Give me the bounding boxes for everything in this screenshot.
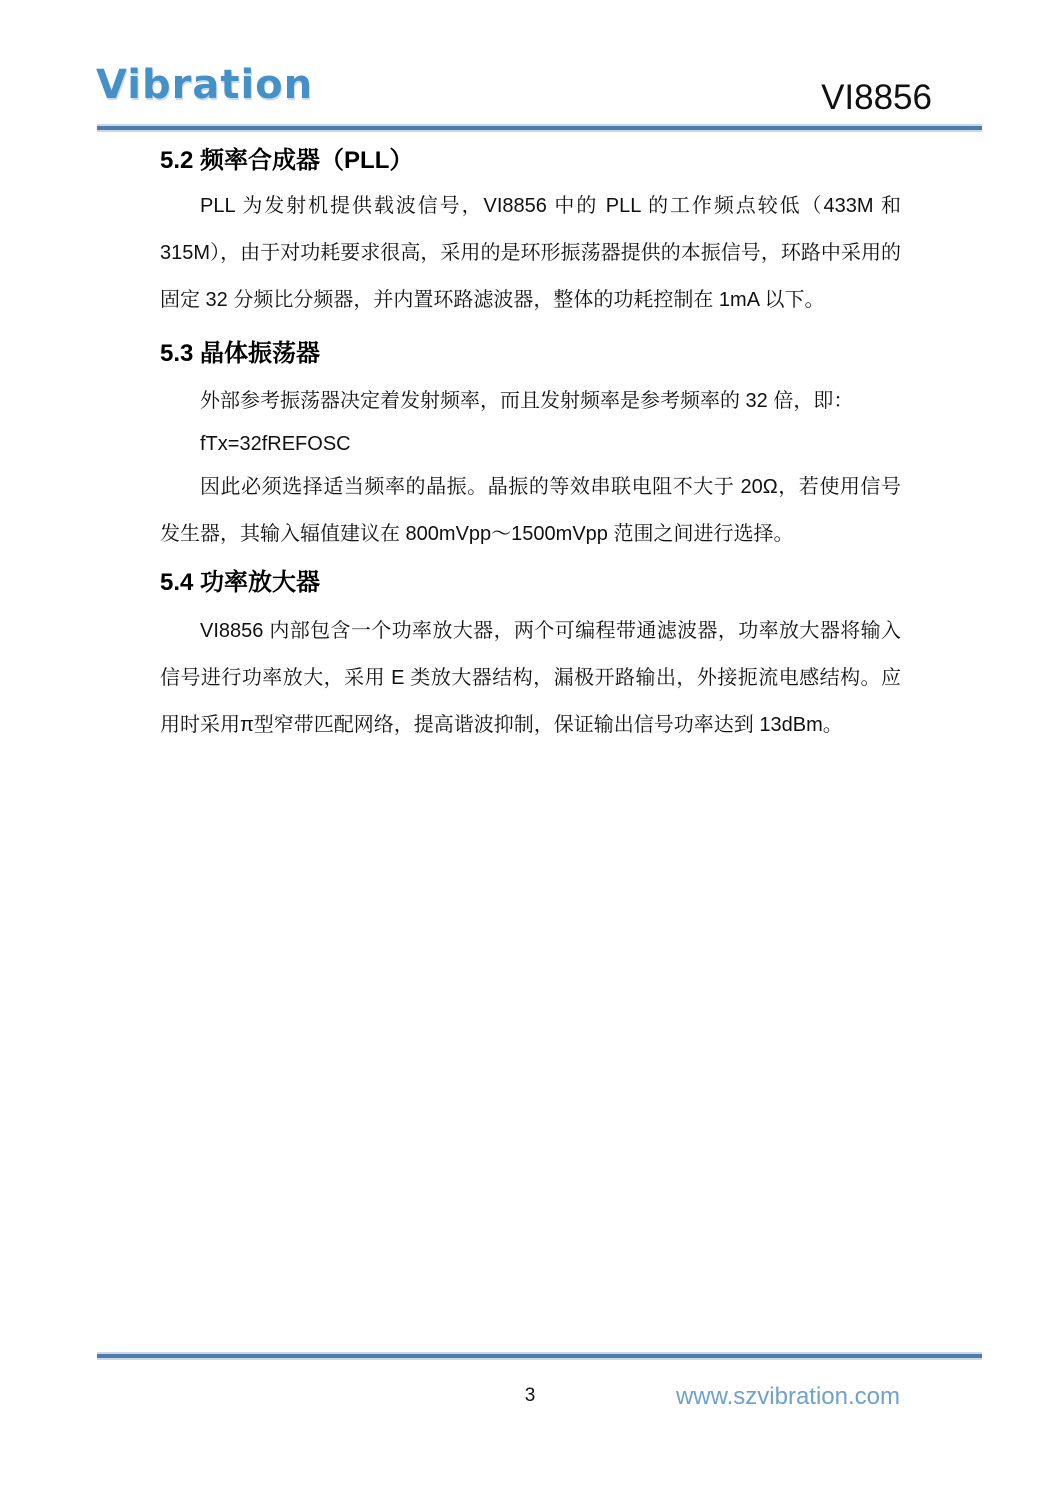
section-heading-5-3: 5.3 晶体振荡器 [160, 333, 900, 368]
section-heading-5-2: 5.2 频率合成器（PLL） [160, 140, 900, 175]
paragraph-5-4: VI8856 内部包含一个功率放大器，两个可编程带通滤波器，功率放大器将输入信号… [160, 608, 901, 749]
page-number: 3 [0, 1385, 1060, 1407]
header-rule [97, 124, 982, 132]
paragraph-5-3-formula: fTx=32fREFOSC [160, 421, 901, 468]
section-heading-5-4: 5.4 功率放大器 [160, 562, 900, 597]
website-link[interactable]: www.szvibration.com [676, 1383, 900, 1411]
part-number: VI8856 [821, 78, 932, 118]
paragraph-5-3-intro: 外部参考振荡器决定着发射频率，而且发射频率是参考频率的 32 倍，即： [160, 378, 901, 425]
document-page: Vibration VI8856 5.2 频率合成器（PLL） PLL 为发射机… [0, 0, 1060, 1500]
company-logo: Vibration [96, 62, 313, 108]
paragraph-5-3-crystal: 因此必须选择适当频率的晶振。晶振的等效串联电阻不大于 20Ω，若使用信号发生器，… [160, 464, 901, 558]
paragraph-5-2: PLL 为发射机提供载波信号，VI8856 中的 PLL 的工作频点较低（433… [160, 183, 901, 324]
footer-rule [97, 1352, 982, 1360]
